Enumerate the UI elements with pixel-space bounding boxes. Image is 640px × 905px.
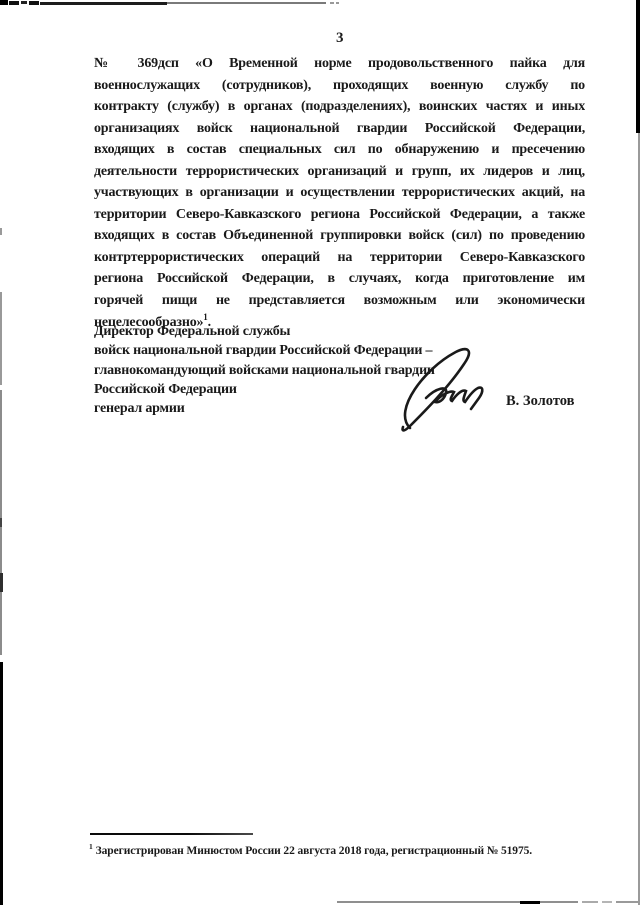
body-line: региона Российской Федерации, в случаях,… xyxy=(94,268,585,290)
body-paragraph: № 369дсп «О Временной норме продовольств… xyxy=(94,53,585,333)
body-line: входящих в состав Объединенной группиров… xyxy=(94,225,585,247)
footnote-text: Зарегистрирован Минюстом России 22 авгус… xyxy=(96,845,532,857)
signature-autograph xyxy=(396,344,506,434)
document-page: 3 № 369дсп «О Временной норме продовольс… xyxy=(0,0,640,905)
scan-artifact-bottom-edge xyxy=(582,901,598,903)
body-line: организациях войск национальной гвардии … xyxy=(94,118,585,140)
signer-name: В. Золотов xyxy=(506,393,574,410)
scan-artifact-bottom-edge xyxy=(520,901,540,905)
scan-artifact-top-edge xyxy=(0,0,8,5)
body-line: контртеррористических операций на террит… xyxy=(94,247,585,269)
scan-artifact-right-edge xyxy=(638,133,640,905)
body-line: горячей пищи не представляется возможным… xyxy=(94,290,585,312)
scan-artifact-top-edge xyxy=(40,2,167,5)
scan-artifact-left-edge xyxy=(0,662,3,905)
scan-artifact-bottom-edge xyxy=(540,901,578,903)
scan-artifact-top-edge xyxy=(336,2,339,4)
footnote-marker: 1 xyxy=(89,842,93,851)
scan-artifact-left-edge xyxy=(0,228,2,235)
scan-artifact-left-edge xyxy=(0,573,3,592)
footnote-divider xyxy=(90,833,253,835)
scan-artifact-top-edge xyxy=(21,1,27,4)
scan-artifact-top-edge xyxy=(167,2,326,4)
signature-title-line: Директор Федеральной службы xyxy=(94,322,514,341)
scan-artifact-top-edge xyxy=(330,2,334,4)
scan-artifact-left-edge xyxy=(0,518,2,527)
body-line: контракту (службу) в органах (подразделе… xyxy=(94,96,585,118)
body-line: военнослужащих (сотрудников), проходящих… xyxy=(94,75,585,97)
scan-artifact-right-edge xyxy=(636,0,640,133)
scan-artifact-bottom-edge xyxy=(602,901,612,903)
body-line: входящих в состав специальных сил по обн… xyxy=(94,139,585,161)
scan-artifact-left-edge xyxy=(0,292,2,385)
scan-artifact-bottom-edge xyxy=(337,901,520,903)
scan-artifact-bottom-edge xyxy=(616,901,640,903)
scan-artifact-top-edge xyxy=(29,1,39,5)
body-line: № 369дсп «О Временной норме продовольств… xyxy=(94,53,585,75)
footnote: 1Зарегистрирован Минюстом России 22 авгу… xyxy=(89,842,569,857)
body-line: территории Северо-Кавказского региона Ро… xyxy=(94,204,585,226)
body-line: деятельности террористических организаци… xyxy=(94,161,585,183)
page-number: 3 xyxy=(336,30,344,47)
body-line: участвующих в организации и осуществлени… xyxy=(94,182,585,204)
scan-artifact-top-edge xyxy=(9,1,19,5)
